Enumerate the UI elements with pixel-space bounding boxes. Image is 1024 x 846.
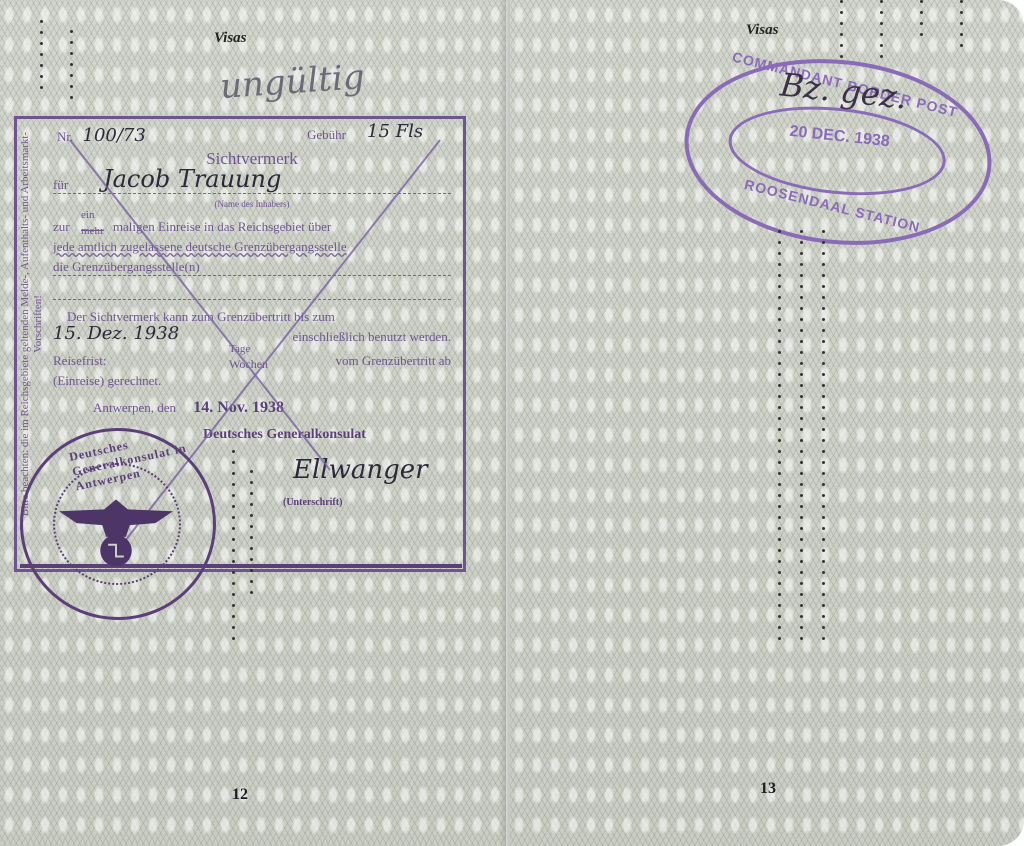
perforation-hole xyxy=(232,626,235,629)
perforation-hole xyxy=(822,560,825,563)
perforation-hole xyxy=(232,527,235,530)
perforation-hole xyxy=(920,0,923,3)
perforation-hole xyxy=(880,55,883,58)
perforation-hole xyxy=(822,351,825,354)
perforation-hole xyxy=(800,604,803,607)
perforation-hole xyxy=(250,492,253,495)
line-any-border: jede amtlich zugelassene deutsche Grenzü… xyxy=(53,239,451,255)
perforation-hole xyxy=(800,230,803,233)
perforation-hole xyxy=(800,461,803,464)
perforation-hole xyxy=(778,296,781,299)
perforation-hole xyxy=(250,569,253,572)
perforation-hole xyxy=(822,604,825,607)
perforation-hole xyxy=(232,538,235,541)
perforation-hole xyxy=(822,538,825,541)
perforation-hole xyxy=(800,483,803,486)
perforation-hole xyxy=(880,22,883,25)
issued-date: 14. Nov. 1938 xyxy=(193,399,284,416)
perforation-hole xyxy=(40,86,43,89)
perforation-hole xyxy=(250,525,253,528)
perforation-hole xyxy=(778,274,781,277)
perforation-hole xyxy=(778,626,781,629)
perforation-hole xyxy=(840,55,843,58)
perforation-hole xyxy=(232,450,235,453)
perforation-hole xyxy=(840,33,843,36)
perforation-hole xyxy=(800,472,803,475)
perforation-hole xyxy=(880,44,883,47)
perforation-hole xyxy=(920,22,923,25)
perforation-hole xyxy=(778,560,781,563)
consul-signature: Ellwanger xyxy=(293,455,428,485)
perforation-hole xyxy=(960,0,963,3)
perforation-hole xyxy=(250,547,253,550)
perforation-hole xyxy=(822,318,825,321)
perforation-hole xyxy=(778,307,781,310)
perforation-hole xyxy=(778,571,781,574)
page-number: 13 xyxy=(760,780,776,798)
perforation-hole xyxy=(778,285,781,288)
perforation-hole xyxy=(778,604,781,607)
perforation-hole xyxy=(232,483,235,486)
issued-label: Antwerpen, den xyxy=(93,400,176,415)
perforation-hole xyxy=(800,263,803,266)
perforation-hole xyxy=(822,527,825,530)
perforation-hole xyxy=(880,33,883,36)
perforation-hole xyxy=(778,263,781,266)
perforation-hole xyxy=(800,395,803,398)
perforation-hole xyxy=(778,439,781,442)
perforation-hole xyxy=(778,428,781,431)
passport-page-right: Visas COMMANDANT BORDER POST 20 DEC. 193… xyxy=(510,0,1024,846)
perforation-hole xyxy=(822,373,825,376)
perforation-hole xyxy=(778,593,781,596)
perforation-hole xyxy=(800,252,803,255)
perforation-hole xyxy=(800,417,803,420)
perforation-hole xyxy=(800,428,803,431)
perforation-hole xyxy=(840,44,843,47)
travel-rest: vom Grenzübertritt ab xyxy=(335,353,451,369)
perforation-hole xyxy=(800,582,803,585)
perforation-hole xyxy=(822,329,825,332)
perforation-hole xyxy=(800,241,803,244)
perforation-hole xyxy=(800,450,803,453)
perforation-hole xyxy=(70,30,73,33)
perforation-hole xyxy=(778,395,781,398)
perforation-hole xyxy=(822,428,825,431)
entry-line-rest: maligen Einreise in das Reichsgebiet übe… xyxy=(113,219,331,234)
perforation-hole xyxy=(840,11,843,14)
entry-prefix: zur xyxy=(53,219,70,234)
perforation-hole xyxy=(800,637,803,640)
perforation-hole xyxy=(778,549,781,552)
fee-value: 15 Fls xyxy=(367,121,423,142)
passport-page-left: Visas ungültig Nr. 100/73 Gebühr 15 Fls … xyxy=(0,0,506,846)
perforation-hole xyxy=(70,41,73,44)
perforation-hole xyxy=(800,373,803,376)
perforation-hole xyxy=(778,450,781,453)
perforation-hole xyxy=(800,549,803,552)
perforation-hole xyxy=(960,33,963,36)
perforation-hole xyxy=(778,516,781,519)
perforation-hole xyxy=(822,472,825,475)
perforation-hole xyxy=(822,395,825,398)
perforation-hole xyxy=(232,461,235,464)
perforation-hole xyxy=(800,538,803,541)
perforation-hole xyxy=(778,362,781,365)
perforation-hole xyxy=(880,0,883,3)
perforation-hole xyxy=(800,307,803,310)
perforation-hole xyxy=(778,461,781,464)
perforation-hole xyxy=(778,494,781,497)
perforation-hole xyxy=(800,439,803,442)
perforation-hole xyxy=(822,637,825,640)
registration-notice: Bitte beachten: die im Reichsgebiete gel… xyxy=(19,129,45,519)
page-header: Visas xyxy=(746,22,779,39)
perforation-hole xyxy=(250,481,253,484)
perforation-hole xyxy=(822,307,825,310)
entry-choice-one: ein xyxy=(81,209,94,221)
perforation-hole xyxy=(232,516,235,519)
perforation-hole xyxy=(232,604,235,607)
perforation-hole xyxy=(70,74,73,77)
perforation-hole xyxy=(778,417,781,420)
perforation-hole xyxy=(822,615,825,618)
perforation-hole xyxy=(840,0,843,3)
validity-date: 15. Dez. 1938 xyxy=(53,323,179,344)
perforation-hole xyxy=(250,591,253,594)
perforation-hole xyxy=(880,11,883,14)
perforation-hole xyxy=(778,637,781,640)
perforation-hole xyxy=(232,560,235,563)
perforation-hole xyxy=(800,516,803,519)
perforation-hole xyxy=(822,494,825,497)
perforation-hole xyxy=(800,593,803,596)
perforation-hole xyxy=(840,22,843,25)
perforation-hole xyxy=(250,514,253,517)
perforation-hole xyxy=(232,582,235,585)
perforation-hole xyxy=(232,505,235,508)
perforation-hole xyxy=(822,505,825,508)
perforation-hole xyxy=(232,472,235,475)
visa-number-label: Nr. xyxy=(57,129,73,144)
perforation-hole xyxy=(800,505,803,508)
perforation-hole xyxy=(822,417,825,420)
perforation-hole xyxy=(250,558,253,561)
perforation-hole xyxy=(822,274,825,277)
perforation-hole xyxy=(800,318,803,321)
perforation-hole xyxy=(778,241,781,244)
perforation-hole xyxy=(822,340,825,343)
perforation-hole xyxy=(778,373,781,376)
fee-label: Gebühr xyxy=(307,127,346,143)
perforation-hole xyxy=(778,483,781,486)
perforation-hole xyxy=(778,527,781,530)
perforation-hole xyxy=(250,470,253,473)
perforation-hole xyxy=(40,42,43,45)
perforation-hole xyxy=(250,580,253,583)
perforation-hole xyxy=(778,615,781,618)
perforation-hole xyxy=(822,549,825,552)
perforation-hole xyxy=(40,75,43,78)
perforation-hole xyxy=(778,351,781,354)
perforation-hole xyxy=(800,329,803,332)
blank-line xyxy=(53,285,451,300)
travel-label: Reisefrist: xyxy=(53,353,106,368)
perforation-hole xyxy=(778,472,781,475)
perforation-hole xyxy=(800,362,803,365)
perforation-hole xyxy=(822,461,825,464)
perforation-hole xyxy=(822,241,825,244)
perforation-hole xyxy=(960,44,963,47)
invalid-annotation: ungültig xyxy=(219,57,366,107)
perforation-hole xyxy=(822,593,825,596)
perforation-hole xyxy=(800,274,803,277)
page-number: 12 xyxy=(232,786,248,804)
perforation-hole xyxy=(800,406,803,409)
perforation-hole xyxy=(778,384,781,387)
perforation-hole xyxy=(822,450,825,453)
perforation-hole xyxy=(800,560,803,563)
perforation-hole xyxy=(778,230,781,233)
perforation-hole xyxy=(822,571,825,574)
perforation-hole xyxy=(822,252,825,255)
holder-caption: (Name des Inhabers) xyxy=(53,199,451,209)
perforation-hole xyxy=(960,22,963,25)
perforation-hole xyxy=(778,329,781,332)
perforation-hole xyxy=(822,626,825,629)
perforation-hole xyxy=(40,31,43,34)
eagle-emblem-icon xyxy=(57,489,175,569)
perforation-hole xyxy=(800,351,803,354)
perforation-hole xyxy=(232,571,235,574)
perforation-hole xyxy=(232,637,235,640)
perforation-hole xyxy=(800,527,803,530)
perforation-hole xyxy=(960,11,963,14)
perforation-hole xyxy=(800,571,803,574)
perforation-hole xyxy=(822,406,825,409)
perforation-hole xyxy=(250,536,253,539)
perforation-hole xyxy=(800,626,803,629)
perforation-hole xyxy=(778,505,781,508)
perforation-hole xyxy=(920,11,923,14)
perforation-hole xyxy=(778,406,781,409)
perforation-hole xyxy=(822,439,825,442)
line-border-crossing: die Grenzübergangsstelle(n) xyxy=(53,259,451,276)
perforation-hole xyxy=(920,33,923,36)
perforation-hole xyxy=(70,52,73,55)
consulate-seal: Deutsches Generalkonsulat in Antwerpen xyxy=(20,428,216,620)
perforation-hole xyxy=(822,516,825,519)
entry-choice-multiple: mehr xyxy=(81,225,104,237)
perforation-hole xyxy=(822,285,825,288)
perforation-hole xyxy=(778,340,781,343)
perforation-hole xyxy=(232,615,235,618)
perforation-hole xyxy=(40,53,43,56)
perforation-hole xyxy=(822,296,825,299)
perforation-hole xyxy=(778,252,781,255)
perforation-hole xyxy=(800,384,803,387)
perforation-hole xyxy=(822,263,825,266)
travel-weeks: Wochen xyxy=(229,357,268,372)
perforation-hole xyxy=(40,64,43,67)
perforation-hole xyxy=(232,494,235,497)
perforation-hole xyxy=(800,296,803,299)
visa-number: 100/73 xyxy=(83,125,146,146)
travel-days: Tage xyxy=(229,343,250,355)
perforation-hole xyxy=(822,362,825,365)
perforation-hole xyxy=(778,318,781,321)
perforation-hole xyxy=(70,63,73,66)
passport-spread: Visas ungültig Nr. 100/73 Gebühr 15 Fls … xyxy=(0,0,1024,846)
perforation-hole xyxy=(70,85,73,88)
perforation-hole xyxy=(822,582,825,585)
perforation-hole xyxy=(800,285,803,288)
holder-name: Jacob Trauung xyxy=(103,165,281,193)
perforation-hole xyxy=(822,230,825,233)
perforation-hole xyxy=(232,593,235,596)
perforation-hole xyxy=(800,615,803,618)
for-label: für xyxy=(53,177,68,193)
perforation-hole xyxy=(778,538,781,541)
validity-rest: einschließlich benutzt werden. xyxy=(293,329,451,345)
perforation-hole xyxy=(800,494,803,497)
entry-calc: (Einreise) gerechnet. xyxy=(53,373,451,389)
perforation-hole xyxy=(822,483,825,486)
perforation-hole xyxy=(40,20,43,23)
perforation-hole xyxy=(70,96,73,99)
page-header: Visas xyxy=(214,30,247,47)
perforation-hole xyxy=(250,503,253,506)
perforation-hole xyxy=(800,340,803,343)
perforation-hole xyxy=(778,582,781,585)
perforation-hole xyxy=(822,384,825,387)
perforation-hole xyxy=(232,549,235,552)
